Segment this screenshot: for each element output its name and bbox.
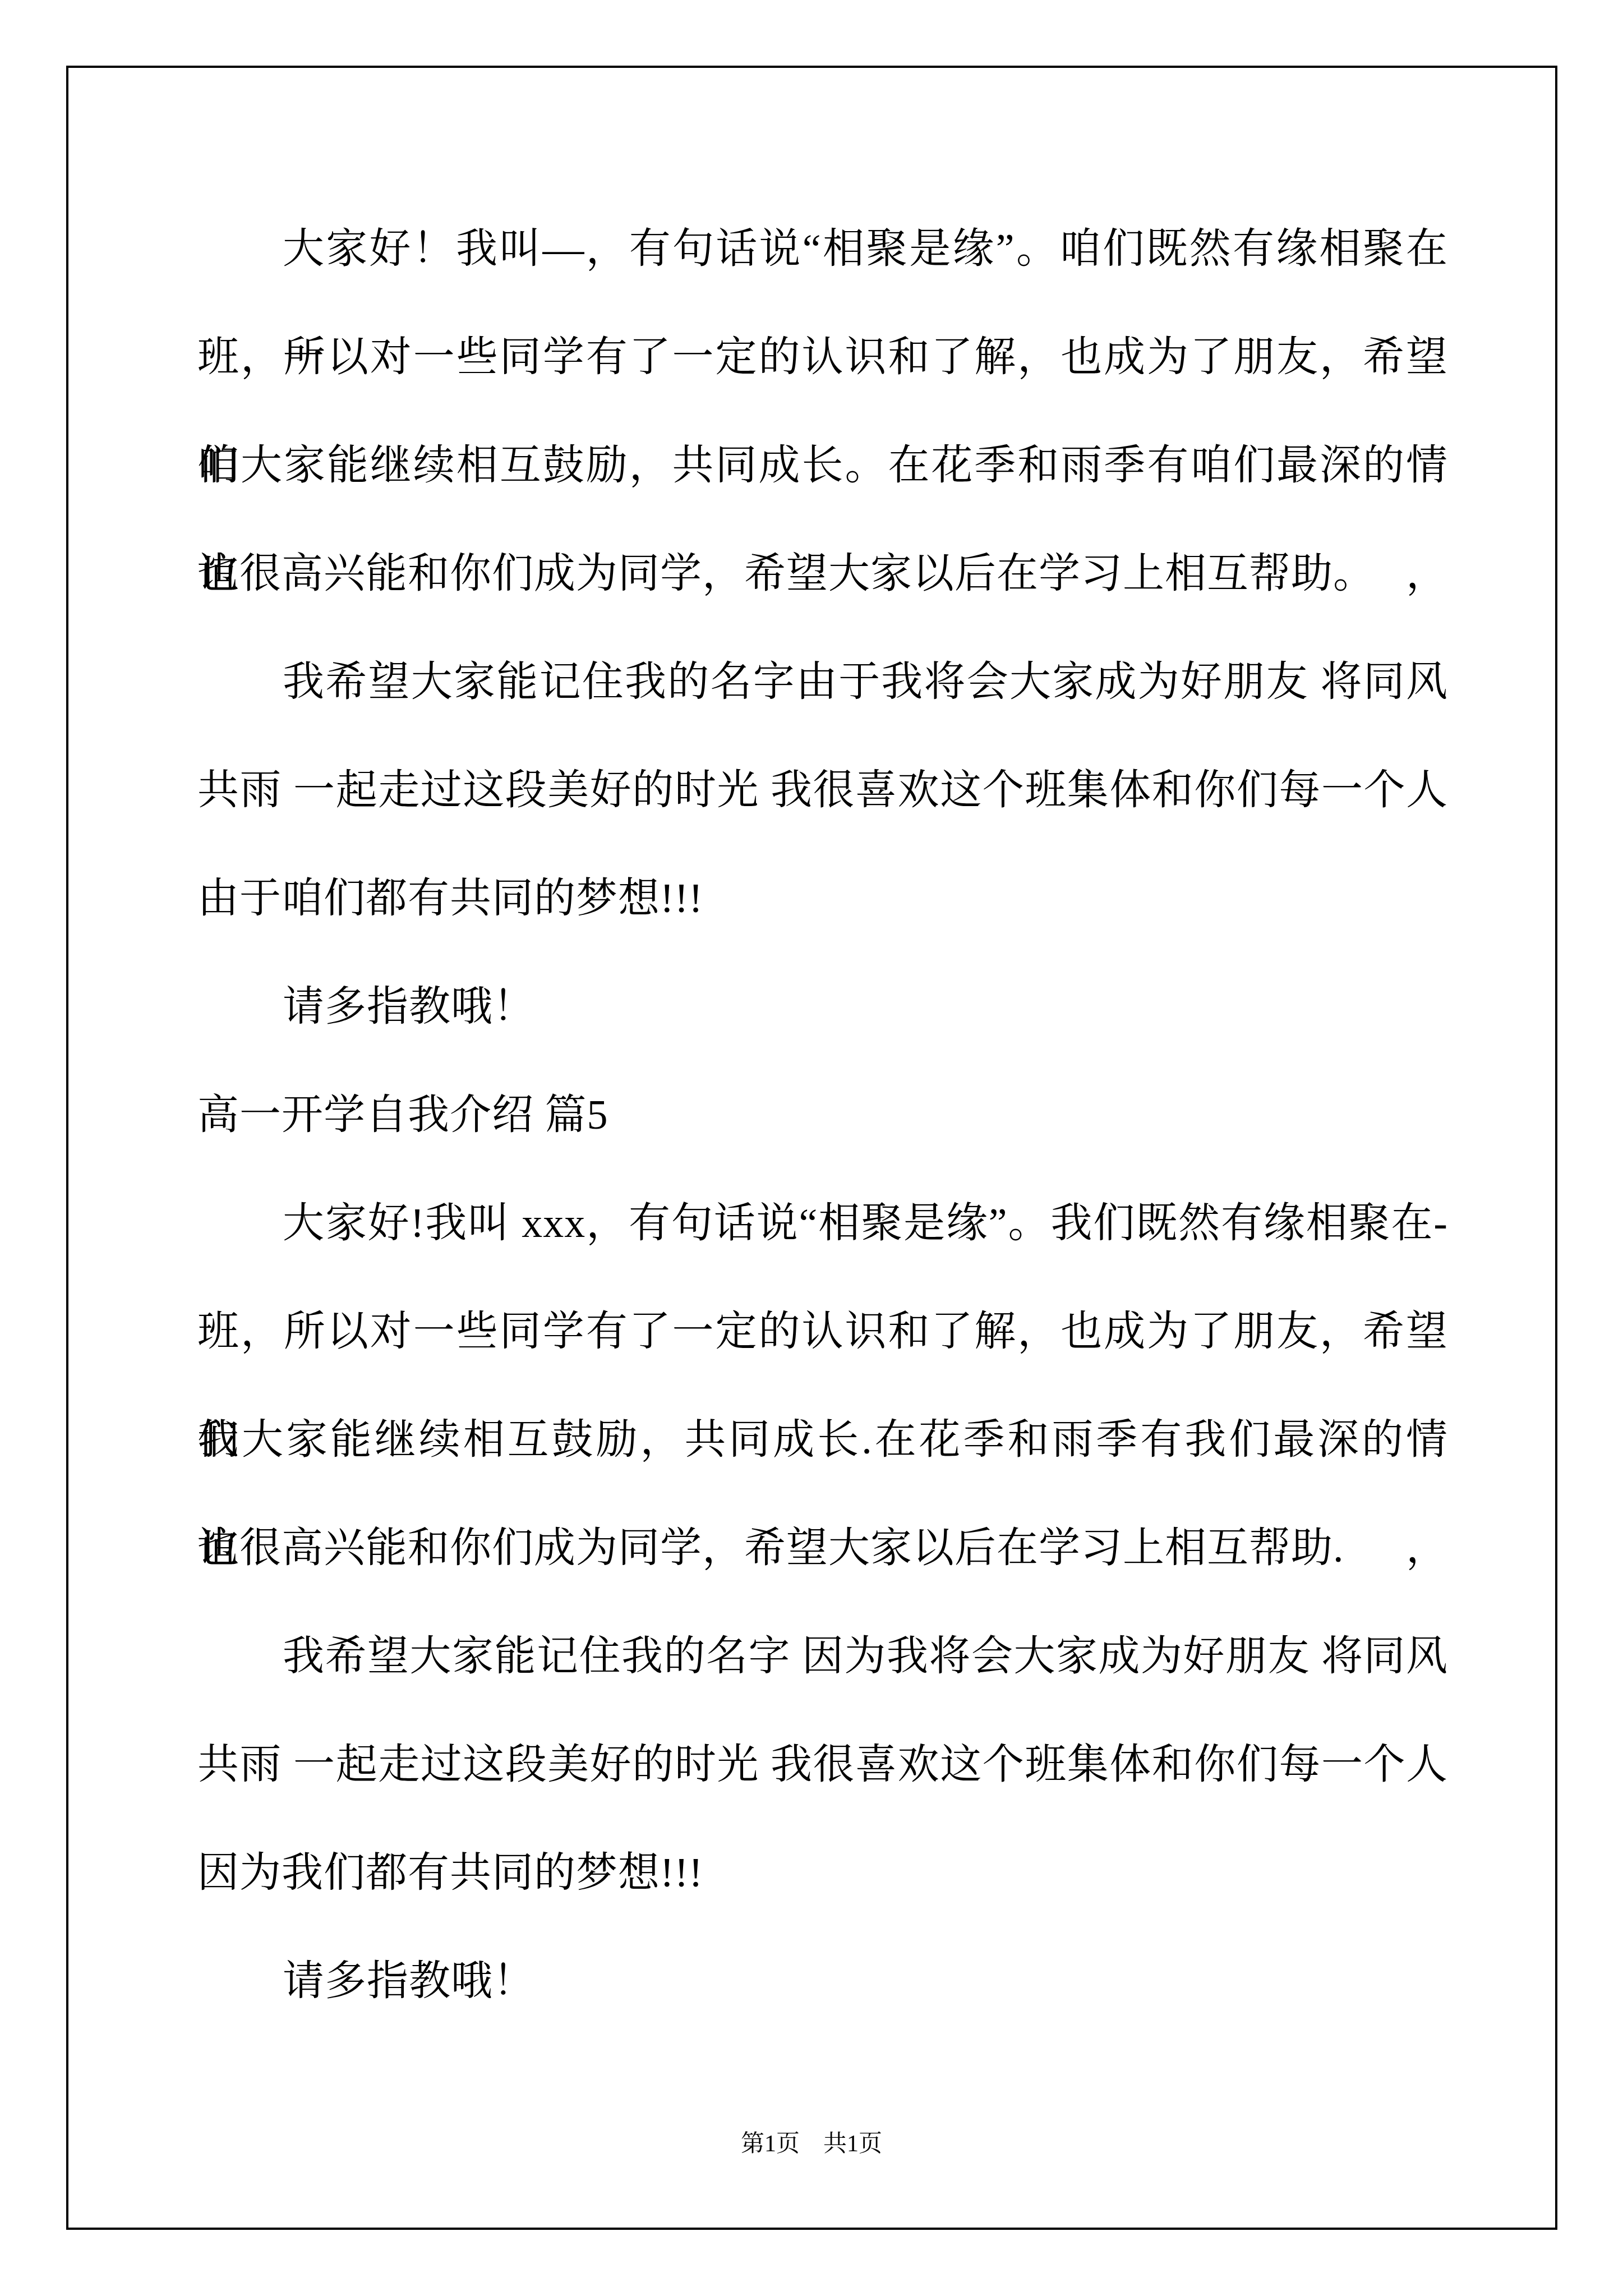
text-line: 们大家能继续相互鼓励，共同成长.在花季和雨季有我们最深的情谊， [197,1386,1448,1494]
text-line: 我希望大家能记住我的名字 因为我将会大家成为好朋友 将同风 [197,1603,1448,1711]
text-line: 请多指教哦！ [197,953,1448,1061]
document-body: 大家好！我叫—，有句话说“相聚是缘”。咱们既然有缘相聚在一班，所以对一些同学有了… [197,195,1448,2036]
text-line: 由于咱们都有共同的梦想!!! [197,845,1448,953]
page-footer: 第1页 共1页 [0,2132,1623,2156]
text-line: 大家好!我叫 xxx，有句话说“相聚是缘”。我们既然有缘相聚在- [197,1170,1448,1278]
text-line: 共雨 一起走过这段美好的时光 我很喜欢这个班集体和你们每一个人 [197,737,1448,845]
text-line: 也很高兴能和你们成为同学，希望大家以后在学习上相互帮助. [197,1494,1448,1603]
text-line: 请多指教哦！ [197,1927,1448,2036]
text-line: 也很高兴能和你们成为同学，希望大家以后在学习上相互帮助。 [197,520,1448,628]
text-line: 因为我们都有共同的梦想!!! [197,1819,1448,1927]
text-line: 班，所以对一些同学有了一定的认识和了解，也成为了朋友，希望我 [197,1278,1448,1386]
text-line: 共雨 一起走过这段美好的时光 我很喜欢这个班集体和你们每一个人 [197,1711,1448,1819]
section-heading: 高一开学自我介绍 篇5 [197,1061,1448,1170]
text-line: 大家好！我叫—，有句话说“相聚是缘”。咱们既然有缘相聚在一 [197,195,1448,303]
text-line: 班，所以对一些同学有了一定的认识和了解，也成为了朋友，希望咱 [197,303,1448,412]
text-line: 们大家能继续相互鼓励，共同成长。在花季和雨季有咱们最深的情谊， [197,412,1448,520]
text-line: 我希望大家能记住我的名字由于我将会大家成为好朋友 将同风 [197,628,1448,737]
